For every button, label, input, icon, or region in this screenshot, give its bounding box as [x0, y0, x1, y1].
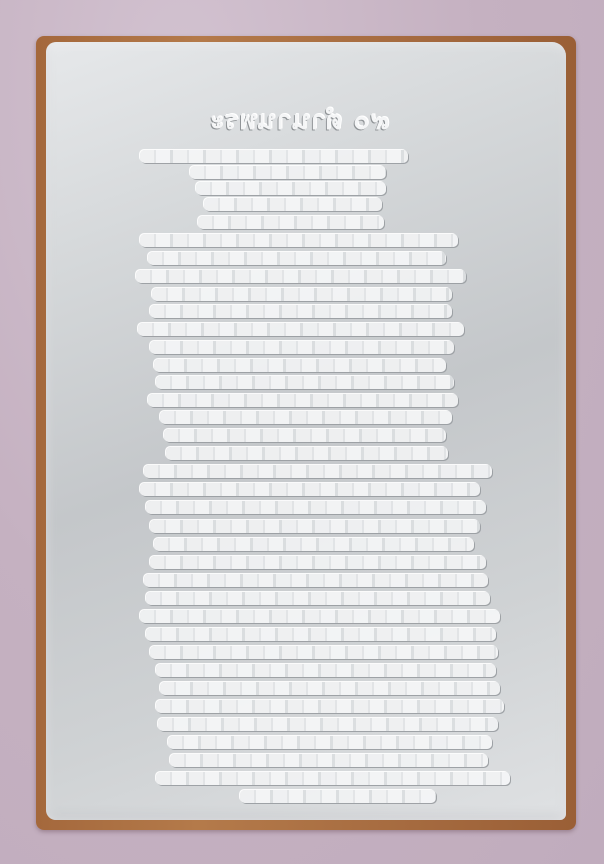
embossed-text-line: [154, 538, 474, 551]
embossed-text-line: [156, 700, 504, 713]
embossed-text-line: [164, 429, 446, 442]
embossed-text-line: [198, 216, 384, 229]
embossed-text-line: [204, 198, 382, 211]
embossed-text-line: [168, 736, 492, 749]
embossed-text-line: [160, 682, 500, 695]
embossed-text-line: [140, 234, 458, 247]
embossed-text-line: [144, 574, 488, 587]
embossed-text-line: [140, 610, 500, 623]
embossed-text-line: [196, 182, 386, 195]
embossed-text-line: [156, 376, 454, 389]
embossed-text-line: [158, 718, 498, 731]
embossed-text-line: [170, 754, 488, 767]
embossed-text-line: [152, 288, 452, 301]
embossed-text-line: [156, 664, 496, 677]
embossed-text-line: [140, 483, 480, 496]
embossed-text-body: [0, 0, 604, 864]
embossed-text-line: [156, 772, 510, 785]
embossed-text-line: [150, 646, 498, 659]
embossed-text-line: [136, 270, 466, 283]
embossed-text-line: [144, 465, 492, 478]
embossed-text-line: [146, 501, 486, 514]
embossed-text-line: [154, 359, 446, 372]
embossed-text-line: [138, 323, 464, 336]
embossed-text-line: [190, 166, 386, 179]
embossed-text-line: [166, 447, 448, 460]
embossed-text-line: [150, 556, 486, 569]
embossed-text-line: [148, 394, 458, 407]
embossed-text-line: [160, 411, 452, 424]
embossed-text-line: [146, 628, 496, 641]
embossed-text-line: [240, 790, 436, 803]
embossed-text-line: [146, 592, 490, 605]
embossed-text-line: [148, 252, 446, 265]
embossed-text-line: [140, 150, 408, 163]
embossed-text-line: [150, 520, 480, 533]
embossed-text-line: [150, 305, 452, 318]
embossed-text-line: [150, 341, 454, 354]
